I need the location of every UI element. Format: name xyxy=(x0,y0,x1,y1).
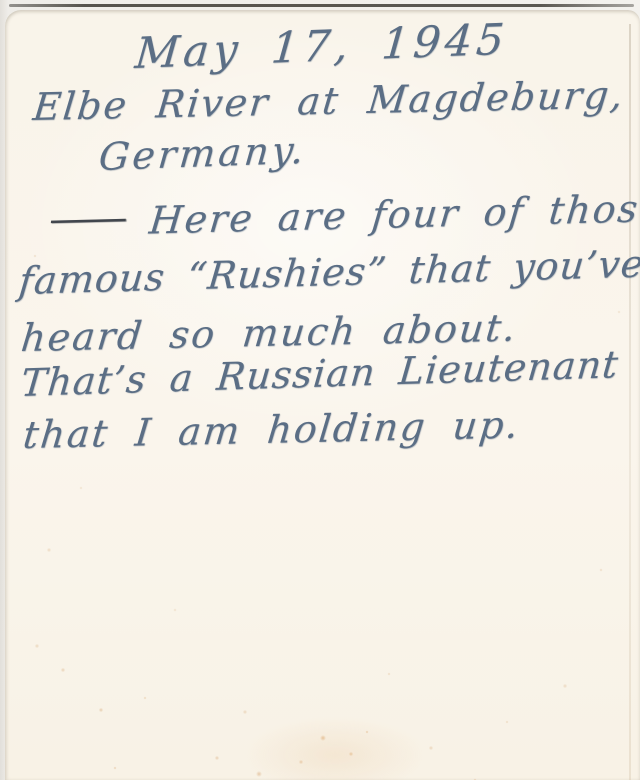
note-location-line-1: Elbe River at Magdeburg, xyxy=(31,74,627,130)
scanned-note-photo: May 17, 1945 Elbe River at Magdeburg, Ge… xyxy=(0,0,640,780)
note-message-line-2: famous “Rushies” that you’ve xyxy=(17,243,640,304)
note-date-line: May 17, 1945 xyxy=(133,16,510,80)
note-paper: May 17, 1945 Elbe River at Magdeburg, Ge… xyxy=(5,10,640,780)
paper-right-crease xyxy=(629,24,631,780)
paper-top-edge-shadow xyxy=(9,4,634,7)
note-message-text-1: Here are four of those xyxy=(147,186,640,243)
dash-stroke: — xyxy=(45,196,136,242)
note-message-line-5: that I am holding up. xyxy=(21,404,522,458)
note-location-line-2: Germany. xyxy=(97,129,308,180)
note-message-line-1: —Here are four of those xyxy=(45,187,640,246)
